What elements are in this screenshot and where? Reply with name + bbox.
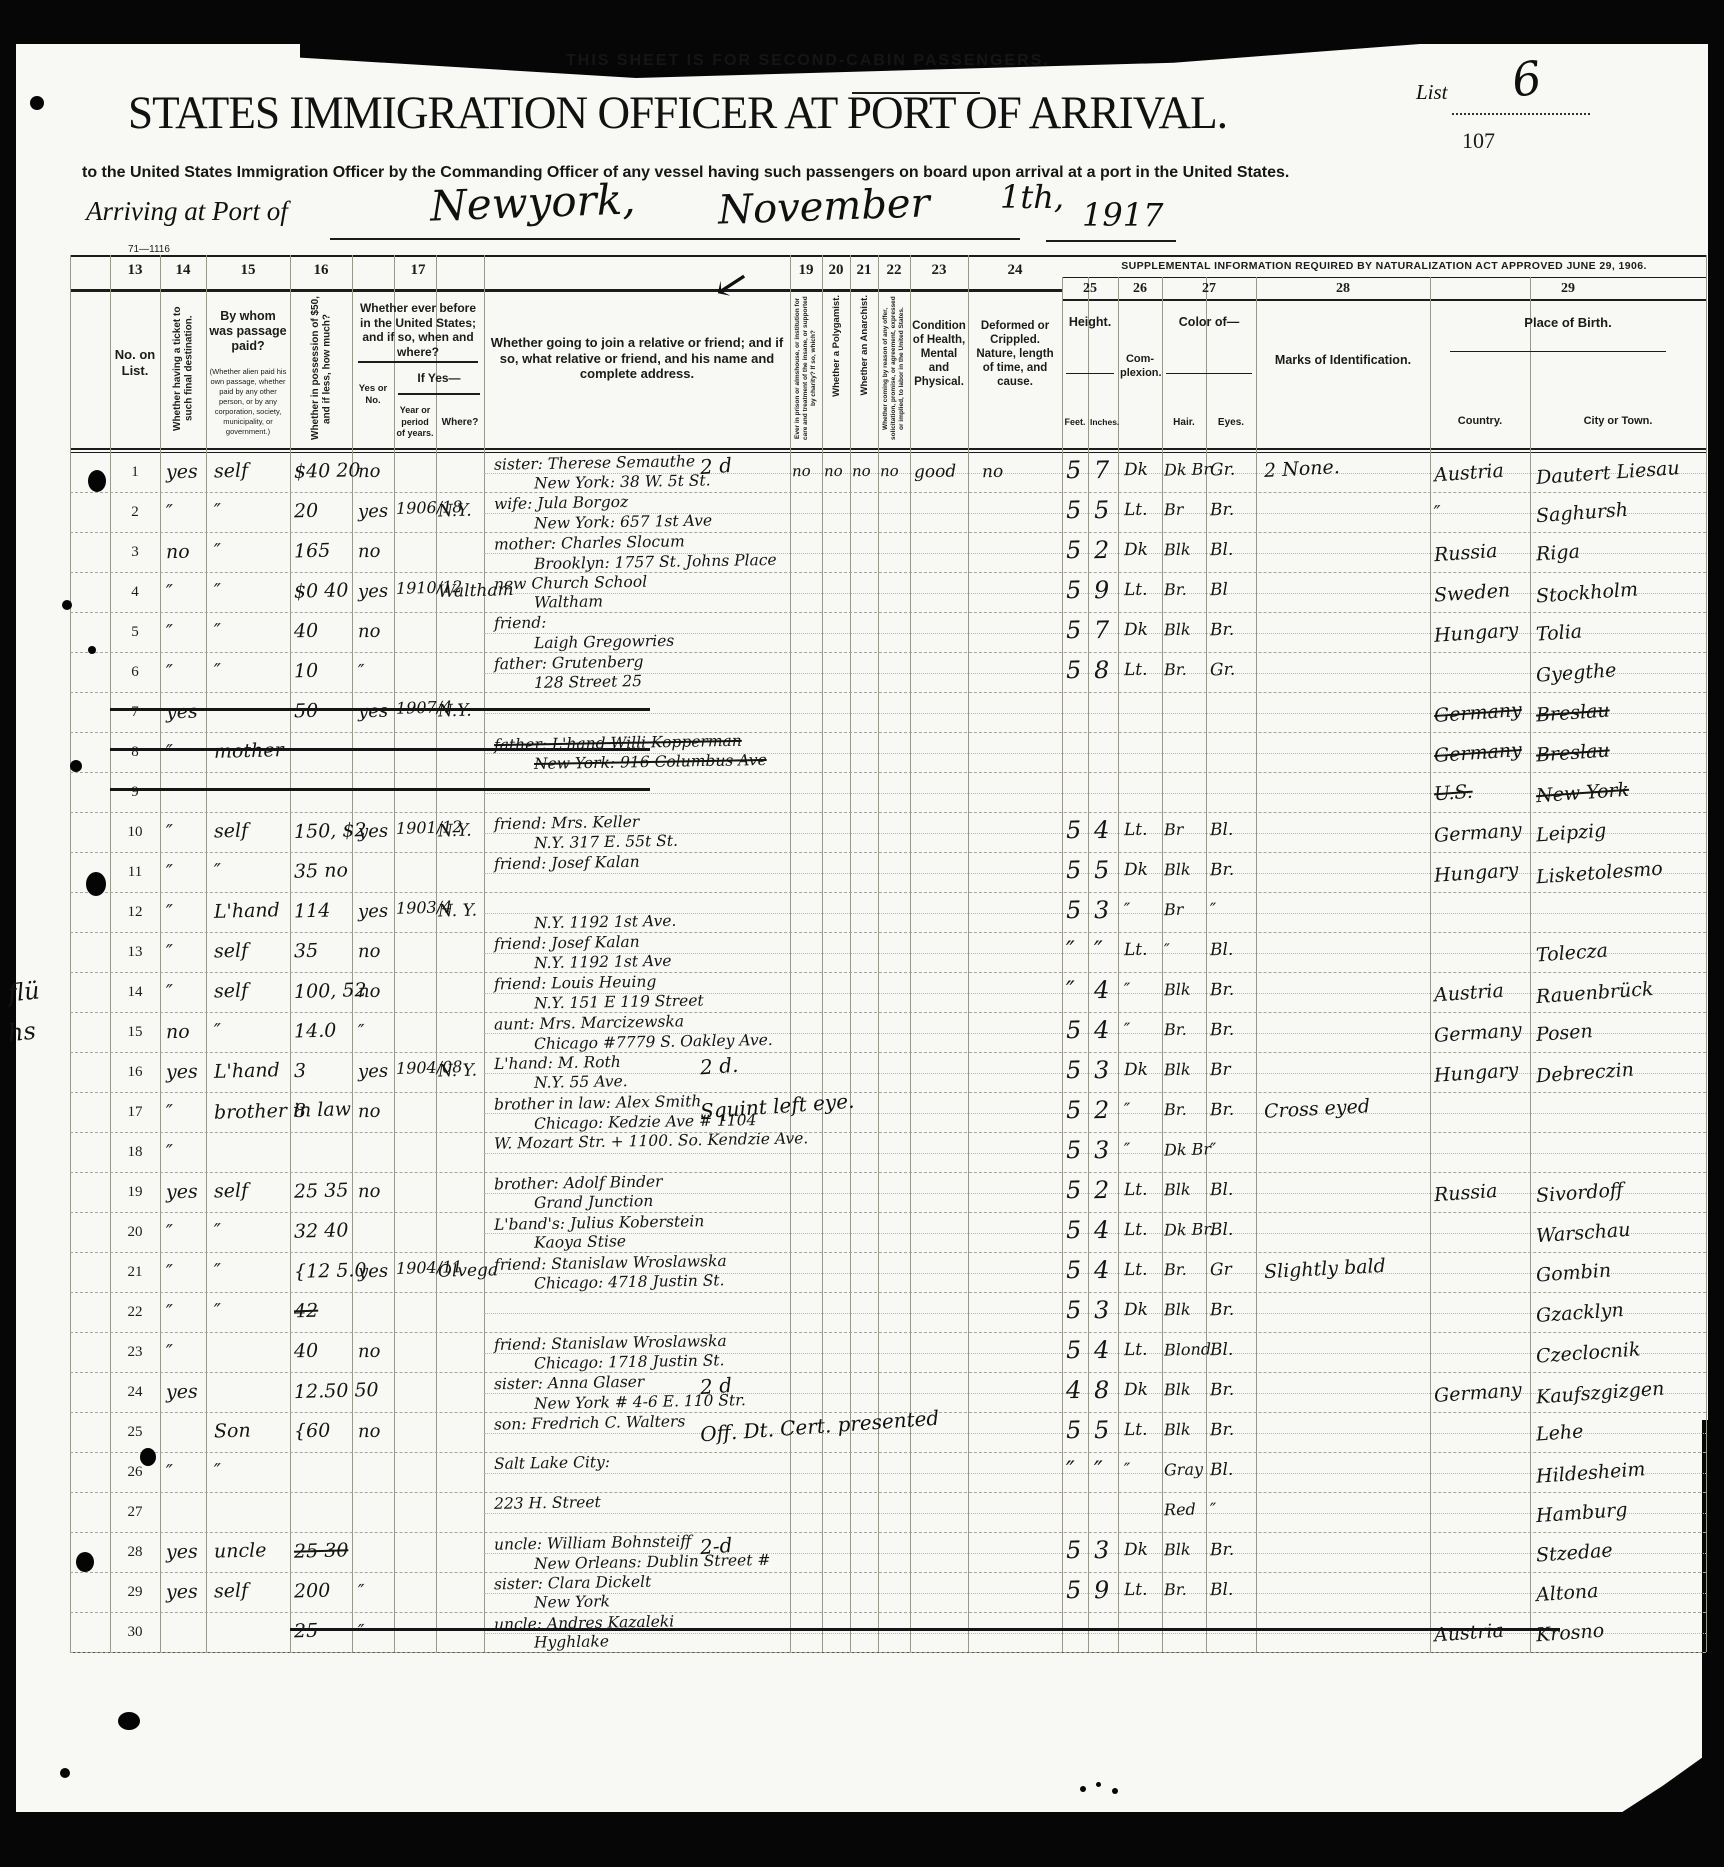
cell-eyes: ″ xyxy=(1210,900,1217,920)
cell-complexion: Lt. xyxy=(1124,1180,1148,1201)
cell-height-feet: 5 xyxy=(1066,816,1082,844)
cell-ticket: ″ xyxy=(166,581,174,603)
cell-relative-line: New York: 657 1st Ave xyxy=(534,511,712,532)
cell-before-us-where: Olvega xyxy=(438,1260,499,1282)
cell-height-feet: 4 xyxy=(1066,1376,1082,1404)
cell-hair: Blk xyxy=(1164,1180,1191,1200)
cell-height-feet: 5 xyxy=(1066,1016,1082,1044)
cell-hair: Br xyxy=(1164,900,1184,920)
cell-relative-line: friend: Stanislaw Wroslawska xyxy=(494,1332,727,1354)
column-header-q20-text: Whether a Polygamist. xyxy=(831,295,842,397)
cell-money: 14.0 xyxy=(294,1019,337,1042)
cell-ticket: ″ xyxy=(166,901,174,923)
cell-ticket: yes xyxy=(166,1381,198,1404)
cell-height-inches: 4 xyxy=(1094,816,1110,844)
column-number-29: 29 xyxy=(1430,281,1706,297)
cell-hair: Blk xyxy=(1164,540,1191,560)
cell-complexion: Lt. xyxy=(1124,660,1148,681)
cell-complexion: ″ xyxy=(1124,1020,1131,1040)
pen-arrow-mark: ↙ xyxy=(709,256,754,311)
cell-complexion: Lt. xyxy=(1124,1580,1148,1601)
cell-complexion: Dk xyxy=(1124,1380,1148,1401)
table-rule-line xyxy=(70,1212,1706,1213)
cell-birth-country: Germany xyxy=(1433,739,1522,767)
table-rule-line xyxy=(484,793,1706,794)
cell-birth-city: New York xyxy=(1535,779,1629,807)
column-header-by: By whom was passage paid? xyxy=(208,309,288,354)
table-column-line xyxy=(1118,277,1119,1652)
cell-height-feet: 5 xyxy=(1066,1136,1082,1164)
row-number: 10 xyxy=(110,824,160,841)
cell-complexion: Lt. xyxy=(1124,1340,1148,1361)
cell-hair: Br. xyxy=(1164,660,1187,680)
cell-height-feet: 5 xyxy=(1066,896,1082,924)
row-number: 8 xyxy=(110,744,160,761)
cell-ticket: no xyxy=(166,541,190,564)
cell-eyes: Br. xyxy=(1210,1100,1235,1121)
cell-before-us-yesno: no xyxy=(358,981,381,1003)
column-header-py: Whether ever before in the United States… xyxy=(354,301,482,359)
table-rule-line xyxy=(70,1252,1706,1253)
row-number: 22 xyxy=(110,1304,160,1321)
cell-birth-country: Russia xyxy=(1433,1180,1498,1206)
cell-money: $0 40 xyxy=(294,579,349,602)
cell-paid-by: L'hand xyxy=(214,899,280,923)
cell-before-us-yesno: no xyxy=(358,1341,381,1363)
cell-eyes: Br. xyxy=(1210,620,1235,641)
column-header-q19: Ever in prison or almshouse, or institut… xyxy=(790,295,822,444)
cell-before-us-yesno: no xyxy=(358,941,381,963)
row-number: 4 xyxy=(110,584,160,601)
cell-relative-line: sister: Clara Dickelt xyxy=(494,1573,652,1594)
cell-hair: Dk Br xyxy=(1164,459,1211,479)
column-number-23: 23 xyxy=(910,262,968,279)
cell-paid-by: mother xyxy=(214,739,284,763)
row-number: 7 xyxy=(110,704,160,721)
column-header-ci: City or Town. xyxy=(1532,415,1704,429)
table-column-line xyxy=(160,255,161,1652)
cell-height-feet: ″ xyxy=(1066,936,1076,964)
cell-ticket: yes xyxy=(166,1541,198,1564)
cell-hair: Br. xyxy=(1164,1580,1187,1600)
cell-before-us-yesno: ″ xyxy=(358,1021,365,1042)
cell-before-us-yesno: yes xyxy=(358,501,389,523)
table-rule-line xyxy=(70,932,1706,933)
column-header-in: Inches. xyxy=(1090,417,1116,428)
cell-eyes: Gr. xyxy=(1210,660,1236,681)
cell-money: 32 40 xyxy=(294,1219,349,1242)
cell-height-inches: 5 xyxy=(1094,856,1110,884)
cell-paid-by: self xyxy=(214,940,249,963)
cell-before-us-where: N.Y. xyxy=(438,821,472,842)
column-number-28: 28 xyxy=(1256,281,1430,297)
cell-before-us-yesno: no xyxy=(358,461,381,483)
cell-complexion: ″ xyxy=(1124,1140,1131,1160)
cell-relative-line: New Orleans: Dublin Street # xyxy=(534,1551,771,1573)
table-column-line xyxy=(1206,277,1207,1652)
column-header-q20: Whether a Polygamist. xyxy=(822,295,850,444)
cell-height-inches: 4 xyxy=(1094,1016,1110,1044)
cell-height-inches: ″ xyxy=(1094,936,1104,964)
cell-paid-by: self xyxy=(214,980,249,1003)
cell-relative-line: friend: Josef Kalan xyxy=(494,933,640,954)
table-rule-line xyxy=(1166,373,1252,374)
handwritten-note: 2-d xyxy=(699,1533,733,1559)
cell-paid-by: ″ xyxy=(214,580,222,602)
cell-height-inches: 4 xyxy=(1094,1256,1110,1284)
cell-height-feet: 5 xyxy=(1066,1336,1082,1364)
cell-relative-line: friend: Stanislaw Wroslawska xyxy=(494,1252,727,1274)
cell-money: 35 no xyxy=(294,859,348,882)
table-rule-line xyxy=(70,972,1706,973)
cell-paid-by: ″ xyxy=(214,660,222,682)
cell-complexion: Lt. xyxy=(1124,820,1148,841)
cell-relative-line: wife: Jula Borgoz xyxy=(494,493,628,513)
row-number: 14 xyxy=(110,984,160,1001)
table-rule-line xyxy=(398,393,480,395)
cell-ticket: yes xyxy=(166,1061,198,1084)
cell-ticket: ″ xyxy=(166,861,174,883)
column-number-27: 27 xyxy=(1162,281,1256,297)
cell-marks: Cross eyed xyxy=(1263,1095,1370,1123)
row-number: 16 xyxy=(110,1064,160,1081)
cell-hair: Dk Br xyxy=(1164,1139,1211,1159)
column-number-19: 19 xyxy=(790,262,822,279)
cell-birth-city: Tolia xyxy=(1535,620,1583,645)
row-number: 24 xyxy=(110,1384,160,1401)
cell-before-us-where: N. Y. xyxy=(438,900,478,921)
cell-before-us-yesno: no xyxy=(358,1101,381,1123)
cell-height-inches: 4 xyxy=(1094,1336,1110,1364)
cell-complexion: Dk xyxy=(1124,1540,1148,1561)
column-header-yr: Year or period of years. xyxy=(396,405,434,440)
cell-birth-country: Germany xyxy=(1433,819,1522,847)
table-rule-line xyxy=(70,732,1706,733)
cell-relative-line: brother in law: Alex Smith xyxy=(494,1092,702,1114)
cell-eyes: Bl. xyxy=(1210,540,1234,561)
cell-hair: Blond xyxy=(1164,1339,1212,1359)
cell-complexion: ″ xyxy=(1124,900,1131,920)
cell-birth-city: Saghursh xyxy=(1535,499,1628,527)
cell-money: 12.50 50 xyxy=(294,1379,379,1403)
cell-ticket: yes xyxy=(166,701,198,724)
table-rule-line xyxy=(358,361,478,363)
cell-birth-city: Gzacklyn xyxy=(1535,1299,1624,1327)
cell-birth-city: Dautert Liesau xyxy=(1535,457,1680,489)
cell-eyes: Br. xyxy=(1210,1420,1235,1441)
column-number-17: 17 xyxy=(352,262,484,279)
cell-birth-country: Austria xyxy=(1433,1620,1504,1647)
cell-paid-by: ″ xyxy=(214,620,222,642)
cell-height-inches: 3 xyxy=(1094,896,1110,924)
cell-hair: Blk xyxy=(1164,1060,1191,1080)
cell-hair: Br. xyxy=(1164,1100,1187,1120)
cell-height-feet: 5 xyxy=(1066,456,1082,484)
cell-eyes: Br. xyxy=(1210,1380,1235,1401)
table-rule-line xyxy=(70,448,1706,450)
cell-money: 40 xyxy=(294,620,319,643)
table-rule-line xyxy=(70,1172,1706,1173)
cell-birth-country: Russia xyxy=(1433,540,1498,566)
table-rule-line xyxy=(70,772,1706,773)
cell-q19: no xyxy=(792,462,811,480)
row-number: 26 xyxy=(110,1464,160,1481)
cell-complexion: ″ xyxy=(1124,1100,1131,1120)
cell-height-inches: 5 xyxy=(1094,496,1110,524)
cell-height-inches: 4 xyxy=(1094,1216,1110,1244)
cell-before-us-yesno: yes xyxy=(358,581,389,603)
cell-eyes: Br xyxy=(1210,1060,1231,1081)
cell-ticket: ″ xyxy=(166,621,174,643)
cell-hair: Br. xyxy=(1164,580,1187,600)
cell-money: 50 xyxy=(294,700,319,723)
table-rule-line xyxy=(70,1532,1706,1533)
cell-money: {60 xyxy=(294,1420,331,1443)
cell-paid-by: Son xyxy=(214,1420,251,1443)
handwritten-note: 2 d xyxy=(699,453,732,479)
cell-height-inches: 3 xyxy=(1094,1136,1110,1164)
cell-relative-line: Chicago: 1718 Justin St. xyxy=(534,1351,725,1372)
row-number: 21 xyxy=(110,1264,160,1281)
cell-paid-by: self xyxy=(214,1180,249,1203)
cell-complexion: Lt. xyxy=(1124,1260,1148,1281)
cell-height-inches: 2 xyxy=(1094,1176,1110,1204)
row-number: 18 xyxy=(110,1144,160,1161)
table-column-line xyxy=(436,255,437,1652)
cell-birth-country: U.S. xyxy=(1433,781,1473,806)
column-header-by: (Whether alien paid his own passage, whe… xyxy=(208,367,288,437)
cell-relative-line: N.Y. 55 Ave. xyxy=(534,1072,628,1092)
row-number: 28 xyxy=(110,1544,160,1561)
cell-hair: Blk xyxy=(1164,860,1191,880)
column-header-ft: Feet. xyxy=(1064,417,1086,429)
cell-height-feet: 5 xyxy=(1066,1416,1082,1444)
cell-birth-country: Sweden xyxy=(1433,579,1511,606)
row-number: 3 xyxy=(110,544,160,561)
cell-relative-line: New York: 38 W. 5t St. xyxy=(534,471,711,492)
cell-height-inches: 2 xyxy=(1094,536,1110,564)
cell-relative-line: Grand Junction xyxy=(534,1192,654,1212)
table-rule-line xyxy=(70,1292,1706,1293)
cell-paid-by: uncle xyxy=(214,1539,267,1562)
table-column-line xyxy=(290,255,291,1652)
cell-before-us-yesno: no xyxy=(358,541,381,563)
cell-relative-line: friend: xyxy=(494,614,547,633)
cell-birth-city: Kaufszgizgen xyxy=(1535,1378,1665,1409)
cell-height-feet: 5 xyxy=(1066,536,1082,564)
column-header-ey: Eyes. xyxy=(1208,417,1254,430)
cell-money: 100, 52 xyxy=(294,979,367,1003)
cell-money: 20 xyxy=(294,500,319,523)
cell-hair: Br. xyxy=(1164,1020,1187,1040)
cell-eyes: Br. xyxy=(1210,980,1235,1001)
cell-eyes: Br. xyxy=(1210,500,1235,521)
cell-birth-city: Breslau xyxy=(1535,699,1610,726)
cell-relative-line: Brooklyn: 1757 St. Johns Place xyxy=(534,551,777,573)
cell-hair: Dk Br. xyxy=(1164,1219,1215,1239)
column-number-15: 15 xyxy=(206,262,290,279)
cell-ticket: ″ xyxy=(166,821,174,843)
cell-hair: Gray xyxy=(1164,1459,1203,1479)
cell-money: 114 xyxy=(294,900,331,923)
cell-birth-city: Stockholm xyxy=(1535,578,1638,607)
table-rule-line xyxy=(70,1612,1706,1613)
cell-birth-city: Riga xyxy=(1535,540,1580,565)
column-header-hr: Color of— xyxy=(1164,315,1254,330)
column-header-c23: Condition of Health, Mental and Physical… xyxy=(912,319,966,389)
table-rule-line xyxy=(70,1492,1706,1493)
row-number: 9 xyxy=(110,784,160,801)
cell-complexion: Dk xyxy=(1124,460,1148,481)
table-rule-line xyxy=(70,1132,1706,1133)
cell-ticket: yes xyxy=(166,1181,198,1204)
table-rule-line xyxy=(70,1572,1706,1573)
cell-before-us-yesno: no xyxy=(358,1421,381,1443)
column-header-yr: If Yes— xyxy=(396,371,482,386)
cell-ticket: ″ xyxy=(166,1261,174,1283)
cell-before-us-where: N.Y. xyxy=(438,501,472,522)
cell-hair: Blk xyxy=(1164,620,1191,640)
cell-birth-city: Sivordoff xyxy=(1535,1179,1624,1207)
cell-ticket: ″ xyxy=(166,981,174,1003)
table-rule-line xyxy=(70,812,1706,813)
cell-birth-country: Hungary xyxy=(1433,1059,1519,1087)
column-header-cx: Com-plexion. xyxy=(1120,353,1160,380)
cell-complexion: Lt. xyxy=(1124,940,1148,961)
cell-relative-line: uncle: William Bohnsteiff xyxy=(494,1532,692,1553)
cell-birth-city: Warschau xyxy=(1535,1219,1631,1248)
cell-eyes: Bl. xyxy=(1210,1460,1234,1481)
cell-birth-city: Posen xyxy=(1535,1020,1593,1046)
cell-height-inches: 3 xyxy=(1094,1536,1110,1564)
cell-height-feet: 5 xyxy=(1066,856,1082,884)
column-number-16: 16 xyxy=(290,262,352,279)
handwritten-note: 2 d xyxy=(699,1373,732,1399)
column-header-co: Place of Birth. xyxy=(1432,315,1704,331)
cell-ticket: ″ xyxy=(166,501,174,523)
column-header-hr: Hair. xyxy=(1164,417,1204,430)
row-number: 6 xyxy=(110,664,160,681)
cell-relative-line: aunt: Mrs. Marcizewska xyxy=(494,1012,684,1033)
cell-complexion: Dk xyxy=(1124,860,1148,881)
cell-money: 10 xyxy=(294,660,319,683)
table-column-line xyxy=(394,255,395,1652)
cell-relative-line: Chicago #7779 S. Oakley Ave. xyxy=(534,1031,773,1053)
cell-height-feet: 5 xyxy=(1066,1056,1082,1084)
cell-relative-line: L'band's: Julius Koberstein xyxy=(494,1212,705,1234)
cell-paid-by: self xyxy=(214,820,249,843)
cell-height-inches: 8 xyxy=(1094,656,1110,684)
table-rule-line xyxy=(484,713,1706,714)
cell-eyes: ″ xyxy=(1210,1500,1217,1520)
cell-paid-by: self xyxy=(214,1580,249,1603)
cell-hair: Blk xyxy=(1164,1380,1191,1400)
cell-complexion: Lt. xyxy=(1124,1220,1148,1241)
cell-height-feet: 5 xyxy=(1066,1536,1082,1564)
table-column-line xyxy=(1706,255,1707,1652)
cell-relative-line: 223 H. Street xyxy=(494,1493,601,1513)
cell-money: 25 xyxy=(294,1620,319,1643)
cell-deformed: no xyxy=(982,462,1004,483)
table-rule-line xyxy=(70,692,1706,693)
table-rule-line xyxy=(70,852,1706,853)
cell-height-inches: 5 xyxy=(1094,1416,1110,1444)
cell-relative-line: new Church School xyxy=(494,573,647,594)
row-number: 27 xyxy=(110,1504,160,1521)
cell-complexion: ″ xyxy=(1124,980,1131,1000)
cell-relative-line: sister: Anna Glaser xyxy=(494,1373,645,1394)
cell-complexion: Dk xyxy=(1124,1300,1148,1321)
cell-relative-line: Waltham xyxy=(534,592,603,611)
cell-height-feet: 5 xyxy=(1066,1296,1082,1324)
column-header-rel: Whether going to join a relative or frie… xyxy=(486,335,788,382)
table-rule-line xyxy=(1062,299,1706,301)
column-header-co: Country. xyxy=(1432,415,1528,429)
cell-eyes: Br. xyxy=(1210,1300,1235,1321)
cell-hair: Blk xyxy=(1164,980,1191,1000)
column-number-26: 26 xyxy=(1118,281,1162,297)
column-header-mk: Marks of Identification. xyxy=(1258,353,1428,368)
column-number-24: 24 xyxy=(968,262,1062,279)
cell-height-inches: 9 xyxy=(1094,576,1110,604)
cell-paid-by: ″ xyxy=(214,1460,222,1482)
cell-eyes: Bl. xyxy=(1210,1340,1234,1361)
cell-relative-line: Kaoya Stise xyxy=(534,1232,626,1252)
cell-eyes: Bl. xyxy=(1210,1220,1234,1241)
table-rule-line xyxy=(70,1052,1706,1053)
cell-money: 25 35 xyxy=(294,1179,349,1202)
table-column-line xyxy=(1256,277,1257,1652)
cell-eyes: Bl. xyxy=(1210,820,1234,841)
cell-birth-country: ″ xyxy=(1433,502,1442,524)
cell-birth-city: Lisketolesmo xyxy=(1535,858,1663,889)
cell-before-us-yesno: ″ xyxy=(358,1621,365,1642)
column-number-14: 14 xyxy=(160,262,206,279)
column-header-ft: Height. xyxy=(1064,315,1116,330)
row-number: 5 xyxy=(110,624,160,641)
cell-before-us-yesno: yes xyxy=(358,1061,389,1083)
column-header-q21-text: Whether an Anarchist. xyxy=(859,295,870,395)
cell-hair: Blk xyxy=(1164,1540,1191,1560)
cell-height-inches: 7 xyxy=(1094,616,1110,644)
cell-relative-line: Laigh Gregowries xyxy=(534,632,675,652)
cell-before-us-yesno: yes xyxy=(358,821,389,843)
cell-paid-by: ″ xyxy=(214,1300,222,1322)
cell-relative-line: Chicago: 4718 Justin St. xyxy=(534,1271,725,1292)
cell-relative-line: sister: Therese Semauthe xyxy=(494,452,695,474)
cell-money: 35 xyxy=(294,940,319,963)
cell-height-feet: 5 xyxy=(1066,496,1082,524)
column-header-amt: Whether in possession of $50, and if les… xyxy=(290,295,352,444)
cell-before-us-yesno: ″ xyxy=(358,1581,365,1602)
table-rule-line xyxy=(110,748,650,751)
cell-money: 150, $2 xyxy=(294,819,367,843)
cell-money: 165 xyxy=(294,540,331,563)
column-header-wh: Where? xyxy=(438,417,482,430)
cell-q20: no xyxy=(824,462,843,480)
cell-ticket: ″ xyxy=(166,1341,174,1363)
cell-relative-line: mother: Charles Slocum xyxy=(494,532,685,553)
cell-before-us-where: N. Y. xyxy=(438,1060,478,1081)
table-rule-line xyxy=(70,892,1706,893)
cell-height-inches: 2 xyxy=(1094,1096,1110,1124)
cell-birth-country: Germany xyxy=(1433,1379,1522,1407)
cell-ticket: ″ xyxy=(166,661,174,683)
cell-height-feet: ″ xyxy=(1066,1456,1076,1484)
cell-complexion: Dk xyxy=(1124,540,1148,561)
cell-before-us-yesno: ″ xyxy=(358,661,365,682)
cell-relative-line: friend: Mrs. Keller xyxy=(494,813,640,834)
